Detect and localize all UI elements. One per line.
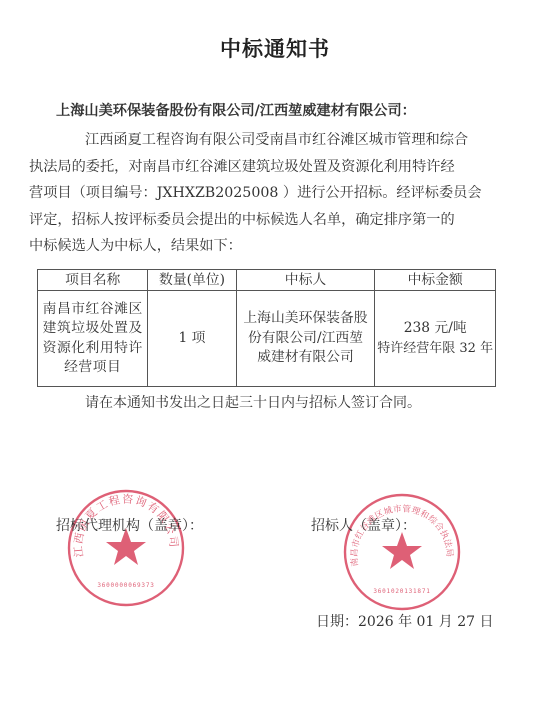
agent-signature-label: 招标代理机构（盖章）： — [56, 515, 203, 535]
body-line: 评定，招标人按评标委员会提出的中标候选人名单，确定排序第一的 — [29, 212, 455, 228]
amount-price: 238 元/吨 — [375, 319, 495, 339]
tenderer-seal-stamp-icon: 南昌市红谷滩区城市管理和综合执法局 3601020131871 — [342, 492, 462, 612]
cell-quantity: 1 项 — [148, 291, 236, 387]
body-line: 江西函夏工程咨询有限公司受南昌市红谷滩区城市管理和综合 — [85, 132, 468, 148]
result-table: 项目名称 数量(单位) 中标人 中标金额 南昌市红谷滩区建筑垃圾处置及资源化利用… — [37, 269, 496, 387]
notice-page: 中标通知书 上海山美环保装备股份有限公司/江西堃威建材有限公司： 江西函夏工程咨… — [0, 0, 550, 709]
body-line: 执法局的委托，对南昌市红谷滩区建筑垃圾处置及资源化利用特许经 — [29, 159, 455, 175]
svg-text:3601020131871: 3601020131871 — [373, 588, 430, 595]
tenderer-signature-label: 招标人（盖章）： — [311, 515, 416, 535]
amount-term: 特许经营年限 32 年 — [375, 339, 495, 359]
header-project-name: 项目名称 — [38, 270, 148, 291]
body-line: 中标候选人为中标人，结果如下： — [29, 238, 242, 254]
cell-amount: 238 元/吨 特许经营年限 32 年 — [375, 291, 496, 387]
body-paragraph: 江西函夏工程咨询有限公司受南昌市红谷滩区城市管理和综合 执法局的委托，对南昌市红… — [57, 127, 482, 260]
table-header-row: 项目名称 数量(单位) 中标人 中标金额 — [38, 270, 496, 291]
contract-note: 请在本通知书发出之日起三十日内与招标人签订合同。 — [85, 392, 421, 412]
body-line: 营项目（项目编号：JXHXZB2025008 ）进行公开招标。经评标委员会 — [29, 185, 482, 201]
header-winner: 中标人 — [236, 270, 375, 291]
header-quantity: 数量(单位) — [148, 270, 236, 291]
header-amount: 中标金额 — [375, 270, 496, 291]
cell-project-name: 南昌市红谷滩区建筑垃圾处置及资源化利用特许经营项目 — [38, 291, 148, 387]
addressee: 上海山美环保装备股份有限公司/江西堃威建材有限公司： — [56, 100, 416, 120]
svg-text:3600000069373: 3600000069373 — [97, 582, 154, 589]
document-title: 中标通知书 — [0, 33, 550, 63]
issue-date: 日期：2026 年 01 月 27 日 — [316, 611, 494, 631]
agent-seal-stamp-icon: 江西函夏工程咨询有限公司 3600000069373 — [66, 488, 186, 608]
cell-winner: 上海山美环保装备股份有限公司/江西堃威建材有限公司 — [236, 291, 375, 387]
table-row: 南昌市红谷滩区建筑垃圾处置及资源化利用特许经营项目 1 项 上海山美环保装备股份… — [38, 291, 496, 387]
